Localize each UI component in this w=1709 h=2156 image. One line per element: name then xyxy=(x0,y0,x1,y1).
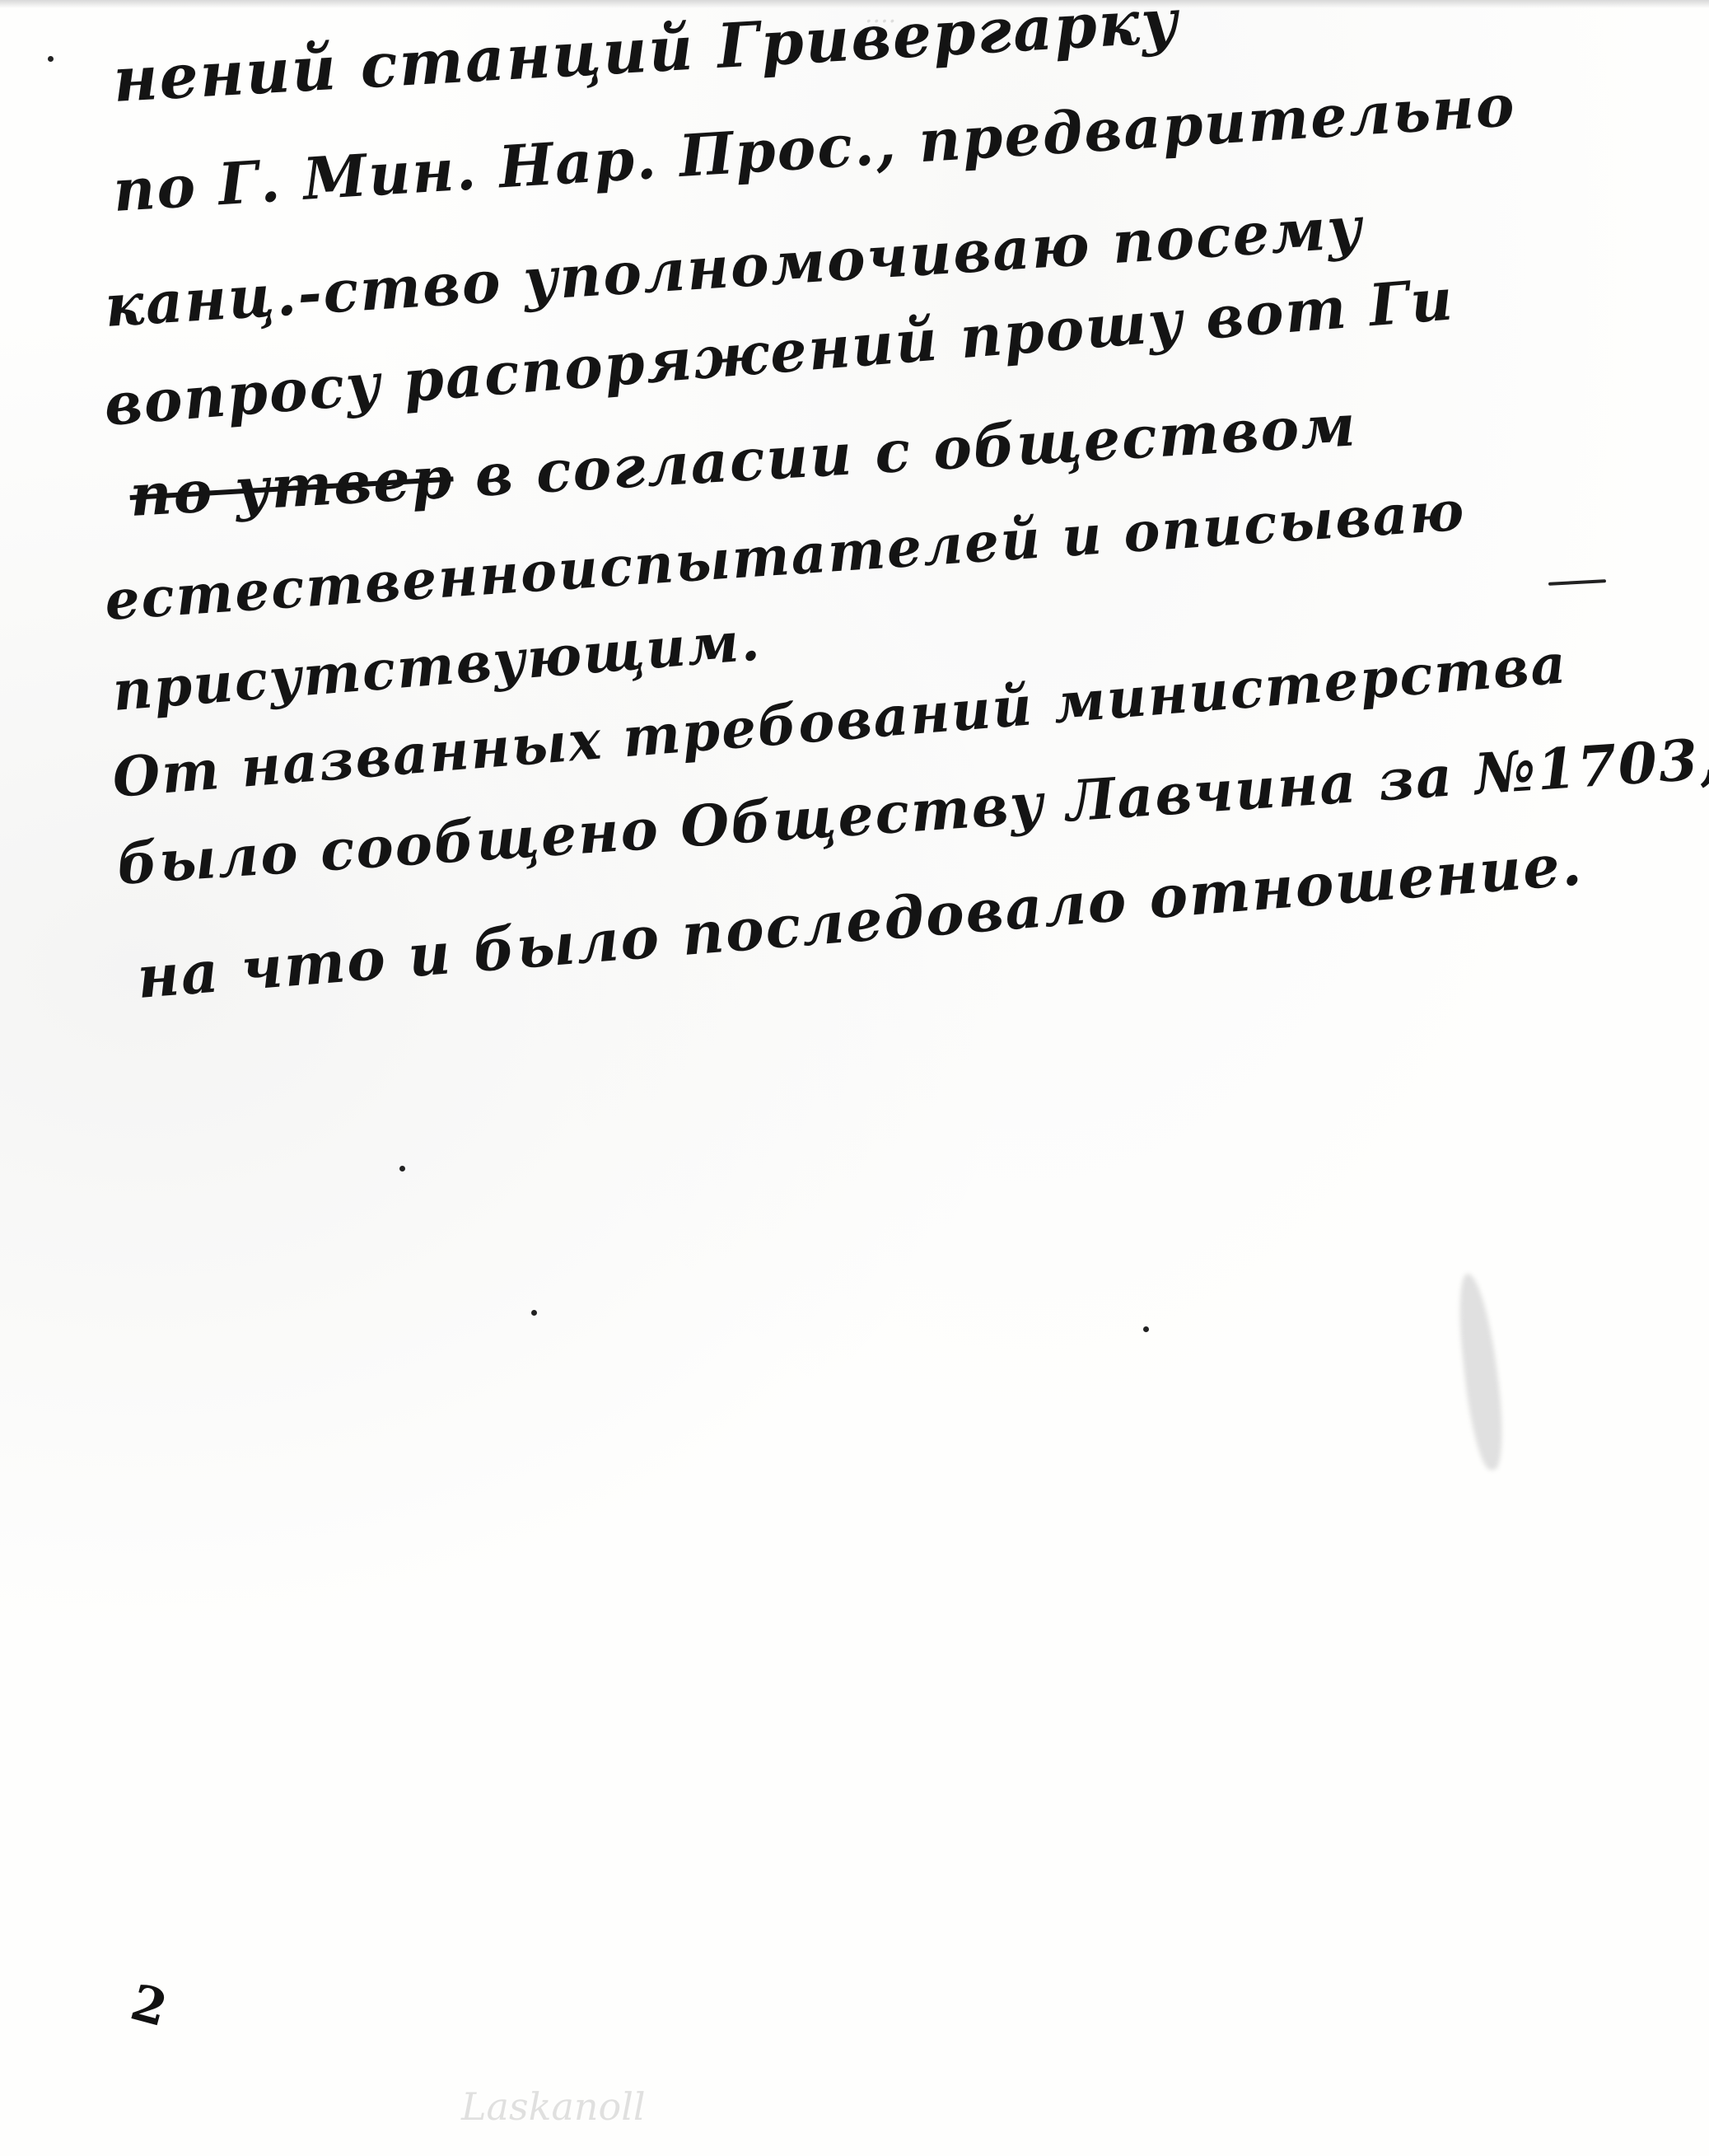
ink-speck xyxy=(399,1166,405,1172)
struck-out-word: по утвер xyxy=(128,442,455,530)
line-5-text: в согласии с обществом xyxy=(451,391,1359,511)
ink-speck xyxy=(48,56,54,62)
ink-speck xyxy=(1143,1326,1149,1332)
paper-smudge xyxy=(1455,1272,1508,1472)
ink-speck xyxy=(531,1310,537,1316)
line-end-dash xyxy=(1548,579,1606,586)
handwritten-line-1: нений станций Гривергарку xyxy=(111,0,1181,116)
manuscript-page: Laskanoll .... нений станций Гривергарку… xyxy=(0,0,1709,2156)
corner-page-mark: 2 xyxy=(125,1974,173,2038)
bleed-through-text: Laskanoll xyxy=(461,2084,646,2129)
